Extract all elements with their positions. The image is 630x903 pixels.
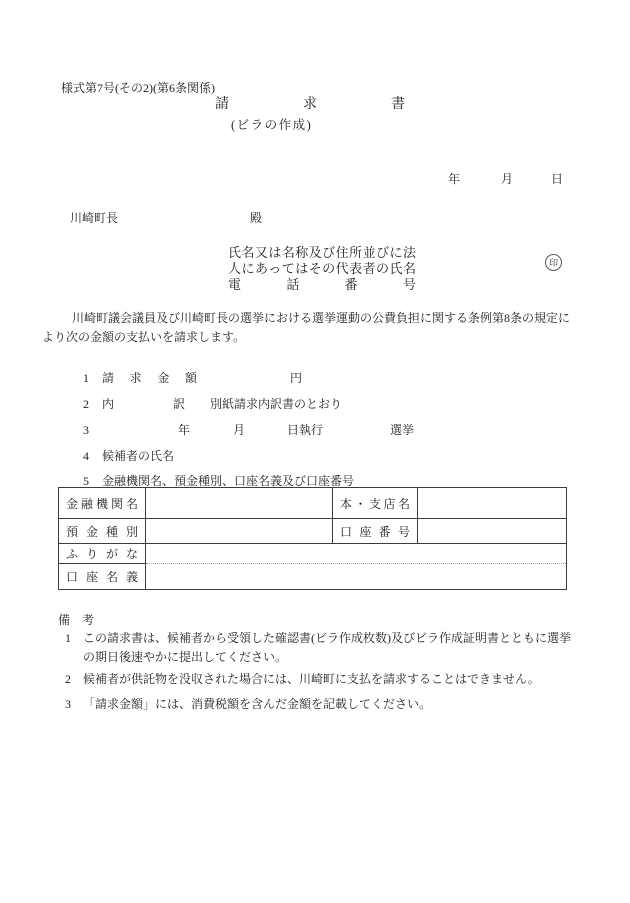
- financial-institution-label: 金融機関名: [66, 495, 138, 512]
- account-holder-label-cell: 口座名義: [59, 564, 146, 589]
- furigana-label: ふりがな: [66, 545, 138, 562]
- item-1-number: 1: [83, 371, 89, 387]
- item-2-number: 2: [83, 397, 89, 413]
- item-4-label: 候補者の氏名: [102, 449, 174, 465]
- item-4-number: 4: [83, 449, 89, 465]
- item-3-number: 3: [83, 423, 89, 439]
- item-3-year-label: 年: [178, 423, 190, 439]
- note-3-text: 「請求金額」には、消費税額を含んだ金額を記載してください。: [83, 697, 431, 713]
- account-holder-field: [146, 564, 566, 589]
- branch-name-label-cell: 本・支店名: [333, 488, 418, 519]
- financial-institution-field: [146, 488, 333, 519]
- note-2-text: 候補者が供託物を没収された場合には、川崎町に支払を請求することはできません。: [83, 672, 540, 688]
- body-line-1: 川崎町議会議員及び川崎町長の選挙における選挙運動の公費負担に関する条例第8条の規…: [42, 311, 570, 327]
- sender-phone-line: 電話番号: [228, 277, 416, 294]
- item-3-day-executed-label: 日執行: [287, 423, 323, 439]
- financial-institution-label-cell: 金融機関名: [59, 488, 146, 519]
- account-number-field: [418, 519, 566, 544]
- furigana-label-cell: ふりがな: [59, 544, 146, 564]
- note-1-line-2: の期日後速やかに提出してください。: [83, 650, 287, 666]
- branch-name-label: 本・支店名: [340, 495, 410, 512]
- deposit-type-label: 預金種別: [66, 523, 138, 540]
- account-holder-label: 口座名義: [66, 568, 138, 585]
- item-2-value: 別紙請求内訳書のとおり: [210, 397, 342, 413]
- item-3-month-label: 月: [233, 423, 245, 439]
- date-month-label: 月: [501, 172, 513, 188]
- furigana-field: [146, 544, 566, 564]
- body-line-2: より次の金額の支払いを請求します。: [42, 330, 245, 346]
- document-page: 様式第7号(その2)(第6条関係) 請求書 (ビラの作成) 年 月 日 川崎町長…: [0, 0, 630, 903]
- form-number: 様式第7号(その2)(第6条関係): [61, 81, 215, 97]
- note-3-number: 3: [65, 697, 71, 713]
- document-title: 請求書: [215, 96, 405, 114]
- account-number-label: 口座番号: [340, 523, 410, 540]
- seal-icon: 印: [545, 254, 562, 271]
- note-2-number: 2: [65, 672, 71, 688]
- deposit-type-field: [146, 519, 333, 544]
- item-1-label: 請求金額: [102, 371, 197, 387]
- item-2-label: 内訳: [102, 397, 185, 413]
- note-1-line-1: この請求書は、候補者から受領した確認書(ビラ作成枚数)及びビラ作成証明書とともに…: [83, 631, 571, 647]
- document-subtitle: (ビラの作成): [231, 117, 312, 133]
- notes-heading: 備 考: [58, 613, 94, 629]
- sender-name-line-2: 人にあってはその代表者の氏名: [228, 261, 416, 278]
- item-1-unit-yen: 円: [290, 371, 302, 387]
- note-1-number: 1: [65, 631, 71, 647]
- item-3-election-label: 選挙: [390, 423, 414, 439]
- sender-name-line-1: 氏名又は名称及び住所並びに法: [228, 245, 416, 262]
- account-number-label-cell: 口座番号: [333, 519, 418, 544]
- branch-name-field: [418, 488, 566, 519]
- date-year-label: 年: [448, 172, 460, 188]
- deposit-type-label-cell: 預金種別: [59, 519, 146, 544]
- date-day-label: 日: [551, 172, 563, 188]
- addressee-name: 川崎町長: [70, 211, 118, 227]
- bank-table: 金融機関名 本・支店名 預金種別 口座番号 ふりがな 口座名義: [58, 487, 567, 590]
- seal-text: 印: [549, 256, 558, 269]
- addressee-honorific: 殿: [250, 211, 262, 227]
